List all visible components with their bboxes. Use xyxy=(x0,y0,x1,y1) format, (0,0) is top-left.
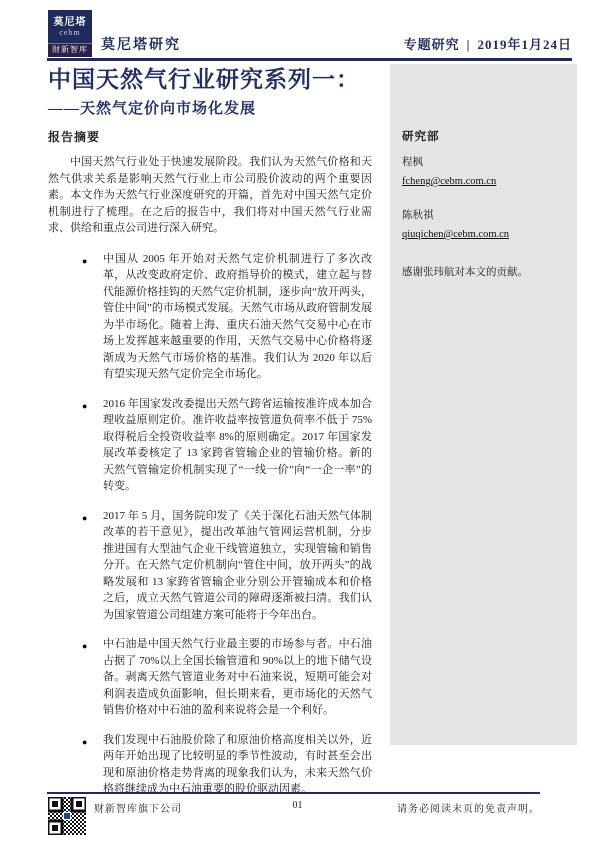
analyst-name: 程枫 xyxy=(402,156,565,170)
analyst-entry: 陈秋祺 qiuqichen@cebm.com.cn xyxy=(402,209,565,242)
report-type: 专题研究 xyxy=(404,37,460,52)
summary-heading: 报告摘要 xyxy=(48,128,372,145)
analyst-name: 陈秋祺 xyxy=(402,209,565,223)
meta-separator: | xyxy=(467,37,471,52)
logo-mark: 莫尼塔 cebm xyxy=(48,10,92,43)
acknowledgement-note: 感谢张玮航对本文的贡献。 xyxy=(402,266,565,280)
summary-bullet: 中国从 2005 年开始对天然气定价机制进行了多次改革，从改变政府定价、政府指导… xyxy=(82,251,372,383)
summary-bullet: 中石油是中国天然气行业最主要的市场参与者。中石油占据了 70%以上全国长输管道和… xyxy=(82,636,372,719)
brand-name: 莫尼塔研究 xyxy=(101,34,181,54)
analyst-email-link[interactable]: qiuqichen@cebm.com.cn xyxy=(402,229,509,240)
footer-disclaimer: 请务必阅读末页的免责声明。 xyxy=(397,800,540,815)
summary-bullet: 我们发现中石油股价除了和原油价格高度相关以外，近两年开始出现了比较明显的季节性波… xyxy=(82,732,372,798)
logo-text-cn: 莫尼塔 xyxy=(54,17,87,28)
report-page: 莫尼塔 cebm 财新智库 莫尼塔研究 专题研究|2019年1月24日 中国天然… xyxy=(0,0,595,841)
research-team-panel: 研究部 程枫 fcheng@cebm.com.cn 陈秋祺 qiuqichen@… xyxy=(390,64,577,745)
qr-code-icon xyxy=(48,797,86,835)
report-date: 2019年1月24日 xyxy=(477,37,572,52)
logo-caixin-band: 财新智库 xyxy=(48,43,92,57)
cebm-logo: 莫尼塔 cebm 财新智库 xyxy=(48,10,92,57)
analyst-entry: 程枫 fcheng@cebm.com.cn xyxy=(402,156,565,189)
research-team-heading: 研究部 xyxy=(402,130,565,144)
summary-bullet-list: 中国从 2005 年开始对天然气定价机制进行了多次改革，从改变政府定价、政府指导… xyxy=(48,251,372,798)
logo-text-en: cebm xyxy=(59,28,80,37)
report-subtitle: ——天然气定价向市场化发展 xyxy=(48,100,378,118)
analyst-email-link[interactable]: fcheng@cebm.com.cn xyxy=(402,176,496,187)
summary-intro-paragraph: 中国天然气行业处于快速发展阶段。我们认为天然气价格和天然气供求关系是影响天然气行… xyxy=(48,154,372,237)
report-summary: 报告摘要 中国天然气行业处于快速发展阶段。我们认为天然气价格和天然气供求关系是影… xyxy=(48,128,372,811)
header-rule xyxy=(47,58,572,61)
report-meta: 专题研究|2019年1月24日 xyxy=(404,34,572,53)
summary-bullet: 2017 年 5 月，国务院印发了《关于深化石油天然气体制改革的若干意见》，提出… xyxy=(82,508,372,624)
footer-company: 财新智库旗下公司 xyxy=(94,800,182,815)
summary-bullet: 2016 年国家发改委提出天然气跨省运输按准许成本加合理收益原则定价。准许收益率… xyxy=(82,396,372,495)
report-title: 中国天然气行业研究系列一： xyxy=(48,66,378,94)
title-block: 中国天然气行业研究系列一： ——天然气定价向市场化发展 xyxy=(48,66,378,118)
footer-rule xyxy=(47,792,540,794)
